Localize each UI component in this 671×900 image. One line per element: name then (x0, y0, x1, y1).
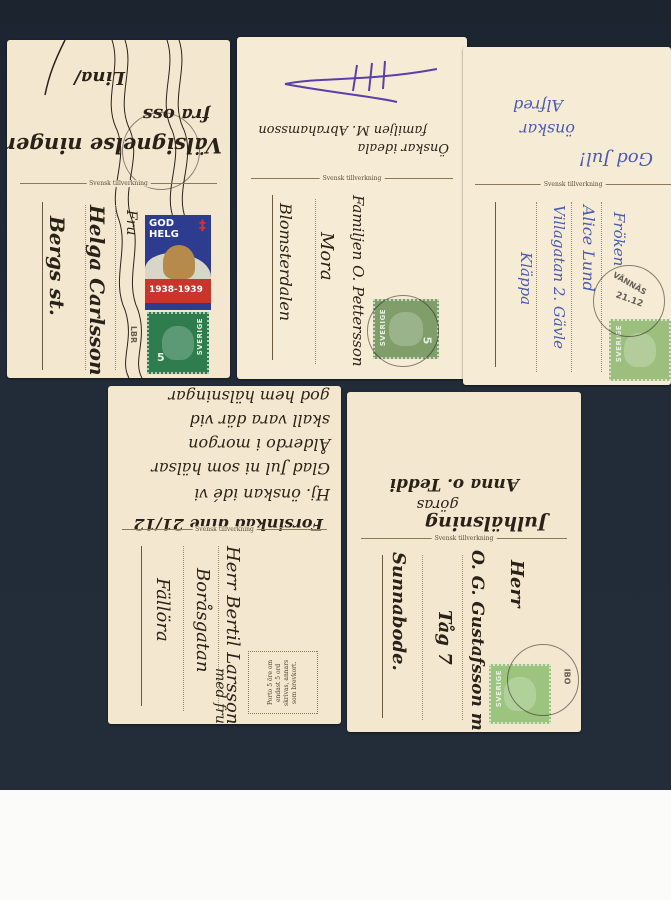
portrait-head-icon (162, 326, 194, 361)
message-line-2: göras (417, 496, 459, 514)
porto-notice-box: Porto 5 öre om endast 5 ord skrivas, ann… (248, 651, 318, 714)
address-line-2: Alice Lund (579, 205, 598, 292)
postage-stamp: SVERIGE 5 (147, 312, 209, 374)
stamp-country: SVERIGE (495, 670, 503, 707)
message-line-1: Önskar ideala (357, 140, 449, 155)
message-line-6: god hem hälsningar (168, 387, 330, 406)
stamp-value: 5 (157, 351, 165, 364)
message-line-3: Glad Jul ni som hälsar (151, 459, 330, 478)
porto-line-3: skrivas, annars (283, 659, 291, 705)
address-line-4: Kläppa (517, 252, 535, 305)
postcard-1: Välsignelse ninger fra oss Lina/ Svensk … (7, 40, 230, 378)
address-line-2: Boråsgatan (192, 568, 213, 672)
divider-label: Svensk tillverkning (86, 180, 151, 187)
message-line-3: Alfred (513, 96, 563, 115)
address-dotted-line (462, 555, 463, 720)
address-dotted-line (536, 202, 537, 372)
message-line-1: God Jul! (579, 148, 653, 169)
seal-text-god: GOD (149, 218, 174, 229)
portrait-head-icon (624, 333, 656, 368)
message-line-2: fra oss (143, 104, 210, 125)
address-dotted-line (422, 555, 423, 720)
postcard-5: Julhälsning göras Anna o. Teddi Svensk t… (347, 392, 581, 732)
address-line (141, 546, 142, 706)
divider-line: Svensk tillverkning (122, 529, 327, 530)
address-line (42, 202, 43, 370)
divider-label: Svensk tillverkning (541, 181, 606, 188)
porto-line-2: endast 5 ord (275, 663, 283, 701)
postmark-text: IBO (562, 669, 571, 685)
address-line-4: Sunnabode. (388, 552, 409, 671)
message-line-2: önskar (520, 120, 575, 139)
address-line-3: Tåg 7 (434, 610, 455, 665)
address-dotted-line (571, 202, 572, 372)
seal-years: 1938-1939 (149, 285, 203, 295)
divider-line: Svensk tillverkning (361, 538, 567, 539)
divider-label: Svensk tillverkning (432, 535, 497, 542)
postcard-3: God Jul! önskar Alfred Svensk tillverkni… (463, 47, 671, 385)
message-line-1: Välsignelse ninger (7, 133, 222, 158)
message-line-4: Ålderdo i morgon (188, 435, 330, 454)
address-dotted-line (115, 205, 116, 370)
divider-line: Svensk tillverkning (475, 184, 671, 185)
address-line-1: Herr (506, 560, 527, 607)
address-line-1: Familjen O. Pettersson (349, 195, 367, 367)
white-paper-strip (0, 790, 671, 900)
divider-label: Svensk tillverkning (320, 175, 385, 182)
stamp-country: SVERIGE (196, 318, 204, 355)
address-line-2: Helga Carlsson (85, 205, 109, 376)
porto-line-1: Porto 5 öre om (267, 660, 275, 705)
address-line-2: O. G. Gustafsson m. fam (467, 550, 487, 732)
address-line-3: med fru (212, 668, 228, 724)
double-cross-icon: ‡ (199, 218, 206, 234)
address-line-4: Fällöra (152, 578, 173, 642)
address-line-2: Mora (316, 232, 337, 281)
postmark-text: LBR (129, 326, 138, 343)
address-line-3: Bergs st. (45, 216, 69, 316)
message-line-2: familjen M. Abrahamsson (258, 122, 427, 137)
divider-label: Svensk tillverkning (192, 526, 257, 533)
postcard-4: Forsinkad dine 21/12 Hj. önskan idé vi G… (108, 386, 341, 724)
address-line (382, 555, 383, 718)
address-dotted-line (183, 546, 184, 711)
address-dotted-line (315, 199, 316, 364)
address-line (495, 202, 496, 367)
address-line-1: Fru (123, 210, 139, 235)
divider-line: Svensk tillverkning (20, 183, 216, 184)
message-line-3: Lina/ (74, 67, 125, 88)
message-line-1: Julhälsning (425, 512, 547, 534)
address-line-3: Blomsterdalen (276, 203, 295, 321)
porto-line-4: som brevkort. (291, 661, 299, 703)
christmas-seal-stamp: GOD HELG ‡ 1938-1939 (145, 215, 211, 310)
message-line-3: Anna o. Teddi (390, 474, 519, 494)
address-line-1: Fröken (610, 212, 628, 266)
seal-figure (163, 245, 195, 279)
divider-line: Svensk tillverkning (251, 178, 453, 179)
message-line-2: Hj. önskan idé vi (194, 485, 330, 504)
seal-text-helg: HELG (149, 229, 179, 240)
postmark-circle (367, 295, 439, 367)
address-line-3: Villagatan 2. Gävle (550, 205, 568, 349)
message-line-5: skall vara där vid (189, 411, 330, 430)
address-line (272, 195, 273, 360)
postcard-2: III Önskar ideala familjen M. Abrahamsso… (237, 37, 467, 379)
